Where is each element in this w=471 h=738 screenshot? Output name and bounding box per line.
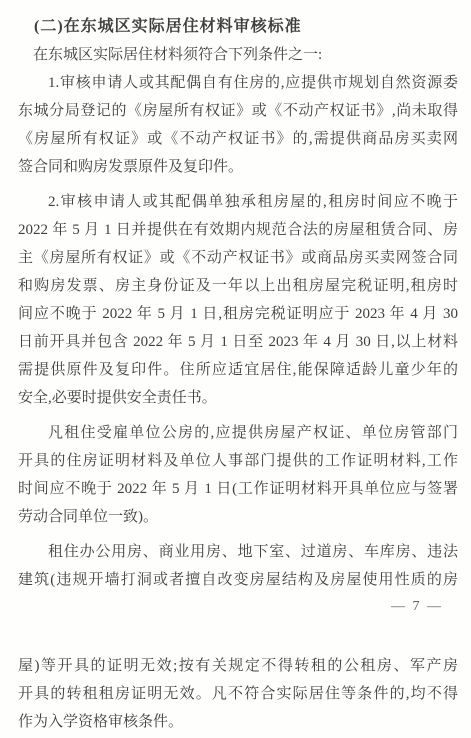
text-line: 安全,必要时提供安全责任书。: [18, 384, 458, 412]
text-line: 和购房发票、房主身份证及一年以上出租房屋完税证明,租房时: [18, 272, 458, 300]
text-line: 屋)等开具的证明无效;按有关规定不得转租的公租房、军产房: [18, 652, 458, 680]
text-line: 时间应不晚于 2022 年 5 月 1 日(工作证明材料开具单位应与签署: [18, 475, 458, 503]
text-line: 建筑(违规开墙打洞或者擅自改变房屋结构及房屋使用性质的房: [18, 566, 458, 594]
page-number: — 7 —: [391, 599, 443, 615]
text-line: 2.审核申请人或其配偶单独承租房屋的,租房时间应不晚于: [18, 188, 458, 216]
document-page: (二)在东城区实际居住材料审核标准在东城区实际居住材料须符合下列条件之一:1.审…: [0, 0, 471, 738]
text-line: 主《房屋所有权证》或《不动产权证书》或商品房买卖网签合同: [18, 244, 458, 272]
text-line: 签合同和购房发票原件及复印件。: [18, 153, 458, 181]
text-line: 凡租住受雇单位公房的,应提供房屋产权证、单位房管部门: [18, 419, 458, 447]
page7-text-block: (二)在东城区实际居住材料审核标准在东城区实际居住材料须符合下列条件之一:1.审…: [18, 13, 458, 594]
text-line: 租住办公用房、商业用房、地下室、过道房、车库房、违法: [18, 538, 458, 566]
text-line: 劳动合同单位一致)。: [18, 503, 458, 531]
text-line: 东城分局登记的《房屋所有权证》或《不动产权证书》,尚未取得: [18, 97, 458, 125]
text-line: 日前开具并包含 2022 年 5 月 1 日至 2023 年 4 月 30 日,…: [18, 328, 458, 356]
section-heading: (二)在东城区实际居住材料审核标准: [18, 13, 458, 41]
text-line: 2022 年 5 月 1 日并提供在有效期内规范合法的房屋租赁合同、房: [18, 216, 458, 244]
text-line: 需提供原件及复印件。住所应适宜居住,能保障适龄儿童少年的: [18, 356, 458, 384]
text-line: 间应不晚于 2022 年 5 月 1 日,租房完税证明应于 2023 年 4 月…: [18, 300, 458, 328]
text-line: 在东城区实际居住材料须符合下列条件之一:: [18, 41, 458, 69]
text-line: 开具的住房证明材料及单位人事部门提供的工作证明材料,工作: [18, 447, 458, 475]
text-line: 开具的转租租房证明无效。凡不符合实际居住等条件的,均不得: [18, 680, 458, 708]
page8-text-block: 屋)等开具的证明无效;按有关规定不得转租的公租房、军产房开具的转租租房证明无效。…: [18, 652, 458, 736]
text-line: 作为入学资格审核条件。: [18, 708, 458, 736]
text-line: 《房屋所有权证》或《不动产权证书》的,需提供商品房买卖网: [18, 125, 458, 153]
text-line: 1.审核申请人或其配偶自有住房的,应提供市规划自然资源委: [18, 69, 458, 97]
